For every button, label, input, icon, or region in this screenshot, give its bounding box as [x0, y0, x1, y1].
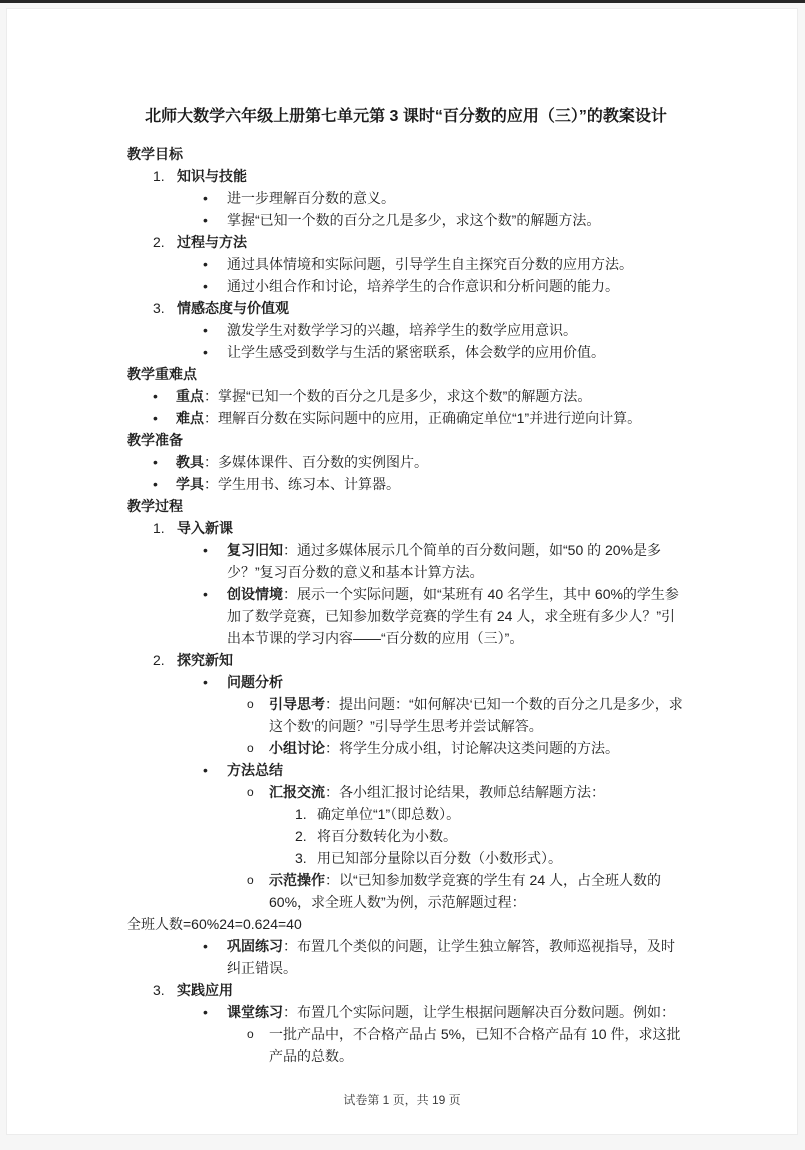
list-marker: • [203, 341, 227, 363]
list-item-body: 通过具体情境和实际问题，引导学生自主探究百分数的应用方法。 [227, 256, 633, 272]
list-item: 3.情感态度与价值观 [127, 297, 685, 319]
list-marker: 2. [153, 231, 177, 253]
section-heading: 教学准备 [127, 429, 685, 451]
list-item-body: ：各小组汇报讨论结果，教师总结解题方法： [325, 784, 605, 800]
list-marker: 3. [153, 297, 177, 319]
list-marker: • [203, 253, 227, 275]
list-item-text: 课堂练习：布置几个实际问题，让学生根据问题解决百分数问题。例如： [227, 1001, 675, 1023]
page-footer: 试卷第 1 页，共 19 页 [7, 1091, 797, 1108]
list-item: •复习旧知：通过多媒体展示几个简单的百分数问题，如“50 的 20%是多少？”复… [127, 539, 685, 583]
list-marker: 2. [153, 649, 177, 671]
list-item-body: ：掌握“已知一个数的百分之几是多少，求这个数”的解题方法。 [204, 388, 591, 404]
list-item: 2.探究新知 [127, 649, 685, 671]
list-item-body: ：提出问题：“如何解决‘已知一个数的百分之几是多少，求这个数’的问题？”引导学生… [269, 696, 683, 734]
list-item-text: 复习旧知：通过多媒体展示几个简单的百分数问题，如“50 的 20%是多少？”复习… [227, 539, 685, 583]
list-marker: • [203, 671, 227, 693]
list-item-text: 巩固练习：布置几个类似的问题，让学生独立解答，教师巡视指导，及时纠正错误。 [227, 935, 685, 979]
list-item-text: 掌握“已知一个数的百分之几是多少，求这个数”的解题方法。 [227, 209, 600, 231]
list-item-label: 教具 [176, 454, 204, 470]
list-item-label: 小组讨论 [269, 740, 325, 756]
list-item-text: 用已知部分量除以百分数（小数形式）。 [317, 847, 562, 869]
list-marker: 3. [153, 979, 177, 1001]
list-item-body: ：将学生分成小组，讨论解决这类问题的方法。 [325, 740, 619, 756]
list-item-text: 通过小组合作和讨论，培养学生的合作意识和分析问题的能力。 [227, 275, 619, 297]
list-item-text: 难点：理解百分数在实际问题中的应用，正确确定单位“1”并进行逆向计算。 [176, 407, 641, 429]
list-item-body: ：展示一个实际问题，如“某班有 40 名学生，其中 60%的学生参加了数学竞赛，… [227, 586, 679, 646]
list-marker: • [203, 209, 227, 231]
list-item-label: 创设情境 [227, 586, 283, 602]
list-item: •问题分析 [127, 671, 685, 693]
list-item-text: 过程与方法 [177, 231, 247, 253]
list-item-label: 方法总结 [227, 762, 283, 778]
list-item: •课堂练习：布置几个实际问题，让学生根据问题解决百分数问题。例如： [127, 1001, 685, 1023]
list-item-body: 让学生感受到数学与生活的紧密联系，体会数学的应用价值。 [227, 344, 605, 360]
list-item-text: 实践应用 [177, 979, 233, 1001]
list-item-label: 示范操作 [269, 872, 325, 888]
list-item-body: 全班人数=60%24=0.624=40 [127, 916, 302, 932]
list-item: •让学生感受到数学与生活的紧密联系，体会数学的应用价值。 [127, 341, 685, 363]
list-item-text: 小组讨论：将学生分成小组，讨论解决这类问题的方法。 [269, 737, 619, 759]
list-item-label: 巩固练习 [227, 938, 283, 954]
list-marker: 3. [295, 847, 317, 869]
list-marker: • [203, 539, 227, 561]
list-item-label: 重点 [176, 388, 204, 404]
list-item-text: 让学生感受到数学与生活的紧密联系，体会数学的应用价值。 [227, 341, 605, 363]
list-item-label: 难点 [176, 410, 204, 426]
document-page: 北师大数学六年级上册第七单元第 3 课时“百分数的应用（三）”的教案设计 教学目… [6, 8, 798, 1135]
list-item: 2.过程与方法 [127, 231, 685, 253]
list-item-body: 确定单位“1”（即总数）。 [317, 806, 460, 822]
list-item-text: 情感态度与价值观 [177, 297, 289, 319]
list-item-text: 一批产品中，不合格产品占 5%，已知不合格产品有 10 件，求这批产品的总数。 [269, 1023, 685, 1067]
list-item-label: 学具 [176, 476, 204, 492]
formula-line: 全班人数=60%24=0.624=40 [127, 913, 685, 935]
list-marker: 2. [295, 825, 317, 847]
list-item: •巩固练习：布置几个类似的问题，让学生独立解答，教师巡视指导，及时纠正错误。 [127, 935, 685, 979]
list-item: •通过小组合作和讨论，培养学生的合作意识和分析问题的能力。 [127, 275, 685, 297]
list-item-text: 确定单位“1”（即总数）。 [317, 803, 460, 825]
list-item-body: ：理解百分数在实际问题中的应用，正确确定单位“1”并进行逆向计算。 [204, 410, 641, 426]
list-item: o一批产品中，不合格产品占 5%，已知不合格产品有 10 件，求这批产品的总数。 [127, 1023, 685, 1067]
list-item-text: 重点：掌握“已知一个数的百分之几是多少，求这个数”的解题方法。 [176, 385, 591, 407]
list-item: 1.确定单位“1”（即总数）。 [127, 803, 685, 825]
list-item-label: 过程与方法 [177, 234, 247, 250]
list-item-label: 知识与技能 [177, 168, 247, 184]
list-marker: • [203, 187, 227, 209]
list-item-body: ：布置几个类似的问题，让学生独立解答，教师巡视指导，及时纠正错误。 [227, 938, 675, 976]
list-item-text: 示范操作：以“已知参加数学竞赛的学生有 24 人，占全班人数的 60%，求全班人… [269, 869, 685, 913]
list-marker: 1. [295, 803, 317, 825]
list-item-text: 通过具体情境和实际问题，引导学生自主探究百分数的应用方法。 [227, 253, 633, 275]
list-item-body: ：学生用书、练习本、计算器。 [204, 476, 400, 492]
list-item: •方法总结 [127, 759, 685, 781]
list-item-text: 引导思考：提出问题：“如何解决‘已知一个数的百分之几是多少，求这个数’的问题？”… [269, 693, 685, 737]
list-item-text: 教具：多媒体课件、百分数的实例图片。 [176, 451, 428, 473]
list-item: •通过具体情境和实际问题，引导学生自主探究百分数的应用方法。 [127, 253, 685, 275]
section-heading: 教学目标 [127, 143, 685, 165]
list-item-label: 课堂练习 [227, 1004, 283, 1020]
list-marker: • [153, 473, 176, 495]
list-item-body: 进一步理解百分数的意义。 [227, 190, 395, 206]
list-item: •教具：多媒体课件、百分数的实例图片。 [127, 451, 685, 473]
list-item: 2.将百分数转化为小数。 [127, 825, 685, 847]
list-marker: o [247, 1023, 269, 1045]
list-marker: 1. [153, 517, 177, 539]
list-item-body: ：布置几个实际问题，让学生根据问题解决百分数问题。例如： [283, 1004, 675, 1020]
list-marker: o [247, 737, 269, 759]
list-marker: • [203, 319, 227, 341]
list-marker: • [203, 1001, 227, 1023]
list-item-text: 探究新知 [177, 649, 233, 671]
window-top-bar [0, 0, 805, 3]
list-item-text: 进一步理解百分数的意义。 [227, 187, 395, 209]
section-heading: 教学过程 [127, 495, 685, 517]
list-item: o引导思考：提出问题：“如何解决‘已知一个数的百分之几是多少，求这个数’的问题？… [127, 693, 685, 737]
document-title: 北师大数学六年级上册第七单元第 3 课时“百分数的应用（三）”的教案设计 [127, 104, 685, 129]
list-item-body: ：以“已知参加数学竞赛的学生有 24 人，占全班人数的 60%，求全班人数”为例… [269, 872, 661, 910]
list-item: •难点：理解百分数在实际问题中的应用，正确确定单位“1”并进行逆向计算。 [127, 407, 685, 429]
list-marker: 1. [153, 165, 177, 187]
list-item-label: 导入新课 [177, 520, 233, 536]
list-item-text: 学具：学生用书、练习本、计算器。 [176, 473, 400, 495]
list-item: 1.导入新课 [127, 517, 685, 539]
list-item: 3.用已知部分量除以百分数（小数形式）。 [127, 847, 685, 869]
list-item-label: 实践应用 [177, 982, 233, 998]
list-item-body: ：多媒体课件、百分数的实例图片。 [204, 454, 428, 470]
list-marker: o [247, 869, 269, 891]
list-marker: • [203, 935, 227, 957]
list-item-text: 全班人数=60%24=0.624=40 [127, 916, 302, 932]
document-content: 北师大数学六年级上册第七单元第 3 课时“百分数的应用（三）”的教案设计 教学目… [7, 9, 797, 1067]
list-item-label: 探究新知 [177, 652, 233, 668]
list-item-label: 情感态度与价值观 [177, 300, 289, 316]
list-item-text: 问题分析 [227, 671, 283, 693]
list-item: 3.实践应用 [127, 979, 685, 1001]
list-item: o汇报交流：各小组汇报讨论结果，教师总结解题方法： [127, 781, 685, 803]
list-marker: • [203, 759, 227, 781]
list-item-text: 知识与技能 [177, 165, 247, 187]
list-item-body: 通过小组合作和讨论，培养学生的合作意识和分析问题的能力。 [227, 278, 619, 294]
list-item: o示范操作：以“已知参加数学竞赛的学生有 24 人，占全班人数的 60%，求全班… [127, 869, 685, 913]
list-item-text: 激发学生对数学学习的兴趣，培养学生的数学应用意识。 [227, 319, 577, 341]
list-item-label: 引导思考 [269, 696, 325, 712]
section-heading: 教学重难点 [127, 363, 685, 385]
list-marker: • [203, 583, 227, 605]
list-item: o小组讨论：将学生分成小组，讨论解决这类问题的方法。 [127, 737, 685, 759]
list-item: •进一步理解百分数的意义。 [127, 187, 685, 209]
list-item-label: 汇报交流 [269, 784, 325, 800]
list-item-text: 汇报交流：各小组汇报讨论结果，教师总结解题方法： [269, 781, 605, 803]
list-item-text: 导入新课 [177, 517, 233, 539]
list-marker: • [153, 385, 176, 407]
list-item-text: 创设情境：展示一个实际问题，如“某班有 40 名学生，其中 60%的学生参加了数… [227, 583, 685, 649]
document-body: 教学目标1.知识与技能•进一步理解百分数的意义。•掌握“已知一个数的百分之几是多… [127, 143, 685, 1067]
list-item: 1.知识与技能 [127, 165, 685, 187]
list-marker: • [153, 451, 176, 473]
list-item-body: 一批产品中，不合格产品占 5%，已知不合格产品有 10 件，求这批产品的总数。 [269, 1026, 680, 1064]
list-item-body: 激发学生对数学学习的兴趣，培养学生的数学应用意识。 [227, 322, 577, 338]
list-item-body: ：通过多媒体展示几个简单的百分数问题，如“50 的 20%是多少？”复习百分数的… [227, 542, 661, 580]
list-item: •激发学生对数学学习的兴趣，培养学生的数学应用意识。 [127, 319, 685, 341]
list-item: •创设情境：展示一个实际问题，如“某班有 40 名学生，其中 60%的学生参加了… [127, 583, 685, 649]
list-item-label: 复习旧知 [227, 542, 283, 558]
list-item-label: 问题分析 [227, 674, 283, 690]
list-item: •学具：学生用书、练习本、计算器。 [127, 473, 685, 495]
list-item: •掌握“已知一个数的百分之几是多少，求这个数”的解题方法。 [127, 209, 685, 231]
list-item: •重点：掌握“已知一个数的百分之几是多少，求这个数”的解题方法。 [127, 385, 685, 407]
list-marker: o [247, 693, 269, 715]
list-item-text: 将百分数转化为小数。 [317, 825, 457, 847]
list-item-body: 掌握“已知一个数的百分之几是多少，求这个数”的解题方法。 [227, 212, 600, 228]
list-item-body: 用已知部分量除以百分数（小数形式）。 [317, 850, 562, 866]
list-marker: • [153, 407, 176, 429]
list-item-body: 将百分数转化为小数。 [317, 828, 457, 844]
list-marker: • [203, 275, 227, 297]
list-item-text: 方法总结 [227, 759, 283, 781]
list-marker: o [247, 781, 269, 803]
